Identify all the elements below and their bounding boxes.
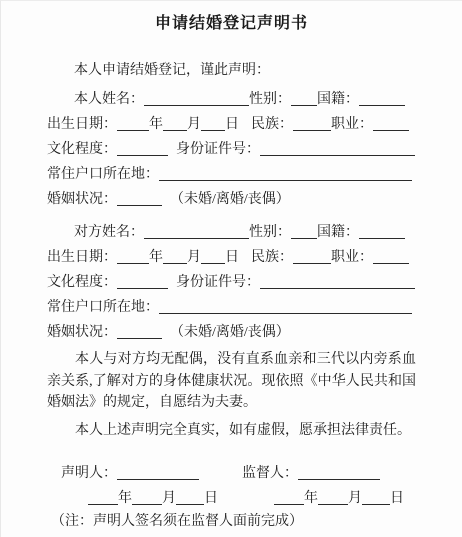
residence-label: 常住户口所在地： (47, 300, 159, 315)
id-number-label: 身份证件号： (176, 275, 260, 290)
applicant-residence-row: 常住户口所在地： (47, 162, 416, 187)
supervisor-date-month-blank (318, 490, 348, 505)
partner-birth-year-blank (117, 249, 149, 264)
ethnicity-label: 民族： (251, 117, 293, 132)
partner-occupation-blank (373, 249, 409, 264)
applicant-section: 本人姓名：性别：国籍： 出生日期：年月日民族：职业： 文化程度：身份证件号： 常… (47, 87, 416, 212)
partner-name-row: 对方姓名：性别：国籍： (74, 220, 416, 245)
partner-residence-row: 常住户口所在地： (47, 295, 416, 320)
partner-birth-month-blank (163, 249, 187, 264)
partner-residence-blank (159, 299, 412, 314)
ethnicity-label: 民族： (251, 250, 293, 265)
applicant-birth-year-blank (117, 116, 149, 131)
document-title: 申请结婚登记声明书 (47, 13, 416, 35)
partner-education-blank (117, 274, 168, 289)
marital-options-label: （未婚/离婚/丧偶） (170, 325, 290, 340)
day-label: 日 (225, 117, 239, 132)
id-number-label: 身份证件号： (176, 142, 260, 157)
marital-status-label: 婚姻状况： (47, 325, 117, 340)
applicant-occupation-blank (373, 116, 409, 131)
partner-education-row: 文化程度：身份证件号： (47, 270, 416, 295)
supervisor-date-group: 年月日 (274, 491, 404, 506)
gender-label: 性别： (249, 225, 291, 240)
declarant-date-month-blank (132, 490, 162, 505)
partner-gender-blank (291, 224, 317, 239)
year-label: 年 (304, 491, 318, 506)
supervisor-date-year-blank (274, 490, 304, 505)
date-row: 年月日年月日 (88, 486, 416, 511)
month-label: 月 (348, 491, 362, 506)
partner-name-label: 对方姓名： (74, 225, 144, 240)
applicant-gender-blank (291, 91, 317, 106)
partner-marital-row: 婚姻状况：（未婚/离婚/丧偶） (47, 320, 416, 345)
gender-label: 性别： (249, 92, 291, 107)
applicant-residence-blank (159, 166, 412, 181)
declarant-date-year-blank (88, 490, 118, 505)
declarant-signature-blank (117, 465, 199, 480)
partner-section: 对方姓名：性别：国籍： 出生日期：年月日民族：职业： 文化程度：身份证件号： 常… (47, 220, 416, 345)
marital-options-label: （未婚/离婚/丧偶） (170, 192, 290, 207)
declaration-paragraph-1: 本人与对方均无配偶，没有直系血亲和三代以内旁系血亲关系,了解对方的身体健康状况。… (47, 349, 416, 414)
education-label: 文化程度： (47, 275, 117, 290)
month-label: 月 (162, 491, 176, 506)
applicant-name-row: 本人姓名：性别：国籍： (74, 87, 416, 112)
birth-date-label: 出生日期： (47, 250, 117, 265)
applicant-name-label: 本人姓名： (74, 92, 144, 107)
partner-ethnicity-blank (293, 249, 331, 264)
marital-status-label: 婚姻状况： (47, 192, 117, 207)
declarant-label: 声明人： (61, 466, 117, 481)
occupation-label: 职业： (331, 250, 373, 265)
birth-date-label: 出生日期： (47, 117, 117, 132)
intro-statement: 本人申请结婚登记，谨此声明： (74, 61, 416, 81)
partner-id-number-blank (260, 274, 415, 289)
applicant-marital-blank (117, 191, 162, 206)
day-label: 日 (204, 491, 218, 506)
year-label: 年 (118, 491, 132, 506)
supervisor-date-day-blank (362, 490, 390, 505)
applicant-nationality-blank (359, 91, 405, 106)
month-label: 月 (187, 117, 201, 132)
day-label: 日 (225, 250, 239, 265)
applicant-birth-row: 出生日期：年月日民族：职业： (47, 112, 416, 137)
month-label: 月 (187, 250, 201, 265)
marriage-declaration-document: 申请结婚登记声明书 本人申请结婚登记，谨此声明： 本人姓名：性别：国籍： 出生日… (0, 0, 462, 537)
partner-marital-blank (117, 324, 162, 339)
applicant-education-blank (117, 141, 168, 156)
nationality-label: 国籍： (317, 92, 359, 107)
declaration-paragraph-2: 本人上述声明完全真实，如有虚假，愿承担法律责任。 (47, 420, 416, 441)
applicant-birth-month-blank (163, 116, 187, 131)
partner-birth-row: 出生日期：年月日民族：职业： (47, 245, 416, 270)
occupation-label: 职业： (331, 117, 373, 132)
applicant-id-number-blank (260, 141, 415, 156)
footnote: （注：声明人签名须在监督人面前完成） (51, 511, 416, 533)
declarant-date-group: 年月日 (88, 491, 218, 506)
day-label: 日 (390, 491, 404, 506)
partner-nationality-blank (359, 224, 405, 239)
partner-birth-day-blank (201, 249, 225, 264)
applicant-education-row: 文化程度：身份证件号： (47, 137, 416, 162)
nationality-label: 国籍： (317, 225, 359, 240)
year-label: 年 (149, 117, 163, 132)
partner-name-blank (144, 224, 249, 239)
signature-row: 声明人：监督人： (61, 461, 416, 486)
applicant-birth-day-blank (201, 116, 225, 131)
education-label: 文化程度： (47, 142, 117, 157)
applicant-marital-row: 婚姻状况：（未婚/离婚/丧偶） (47, 187, 416, 212)
supervisor-label: 监督人： (242, 466, 298, 481)
supervisor-signature-blank (298, 465, 380, 480)
declarant-date-day-blank (176, 490, 204, 505)
year-label: 年 (149, 250, 163, 265)
applicant-name-blank (144, 91, 249, 106)
applicant-ethnicity-blank (293, 116, 331, 131)
residence-label: 常住户口所在地： (47, 167, 159, 182)
